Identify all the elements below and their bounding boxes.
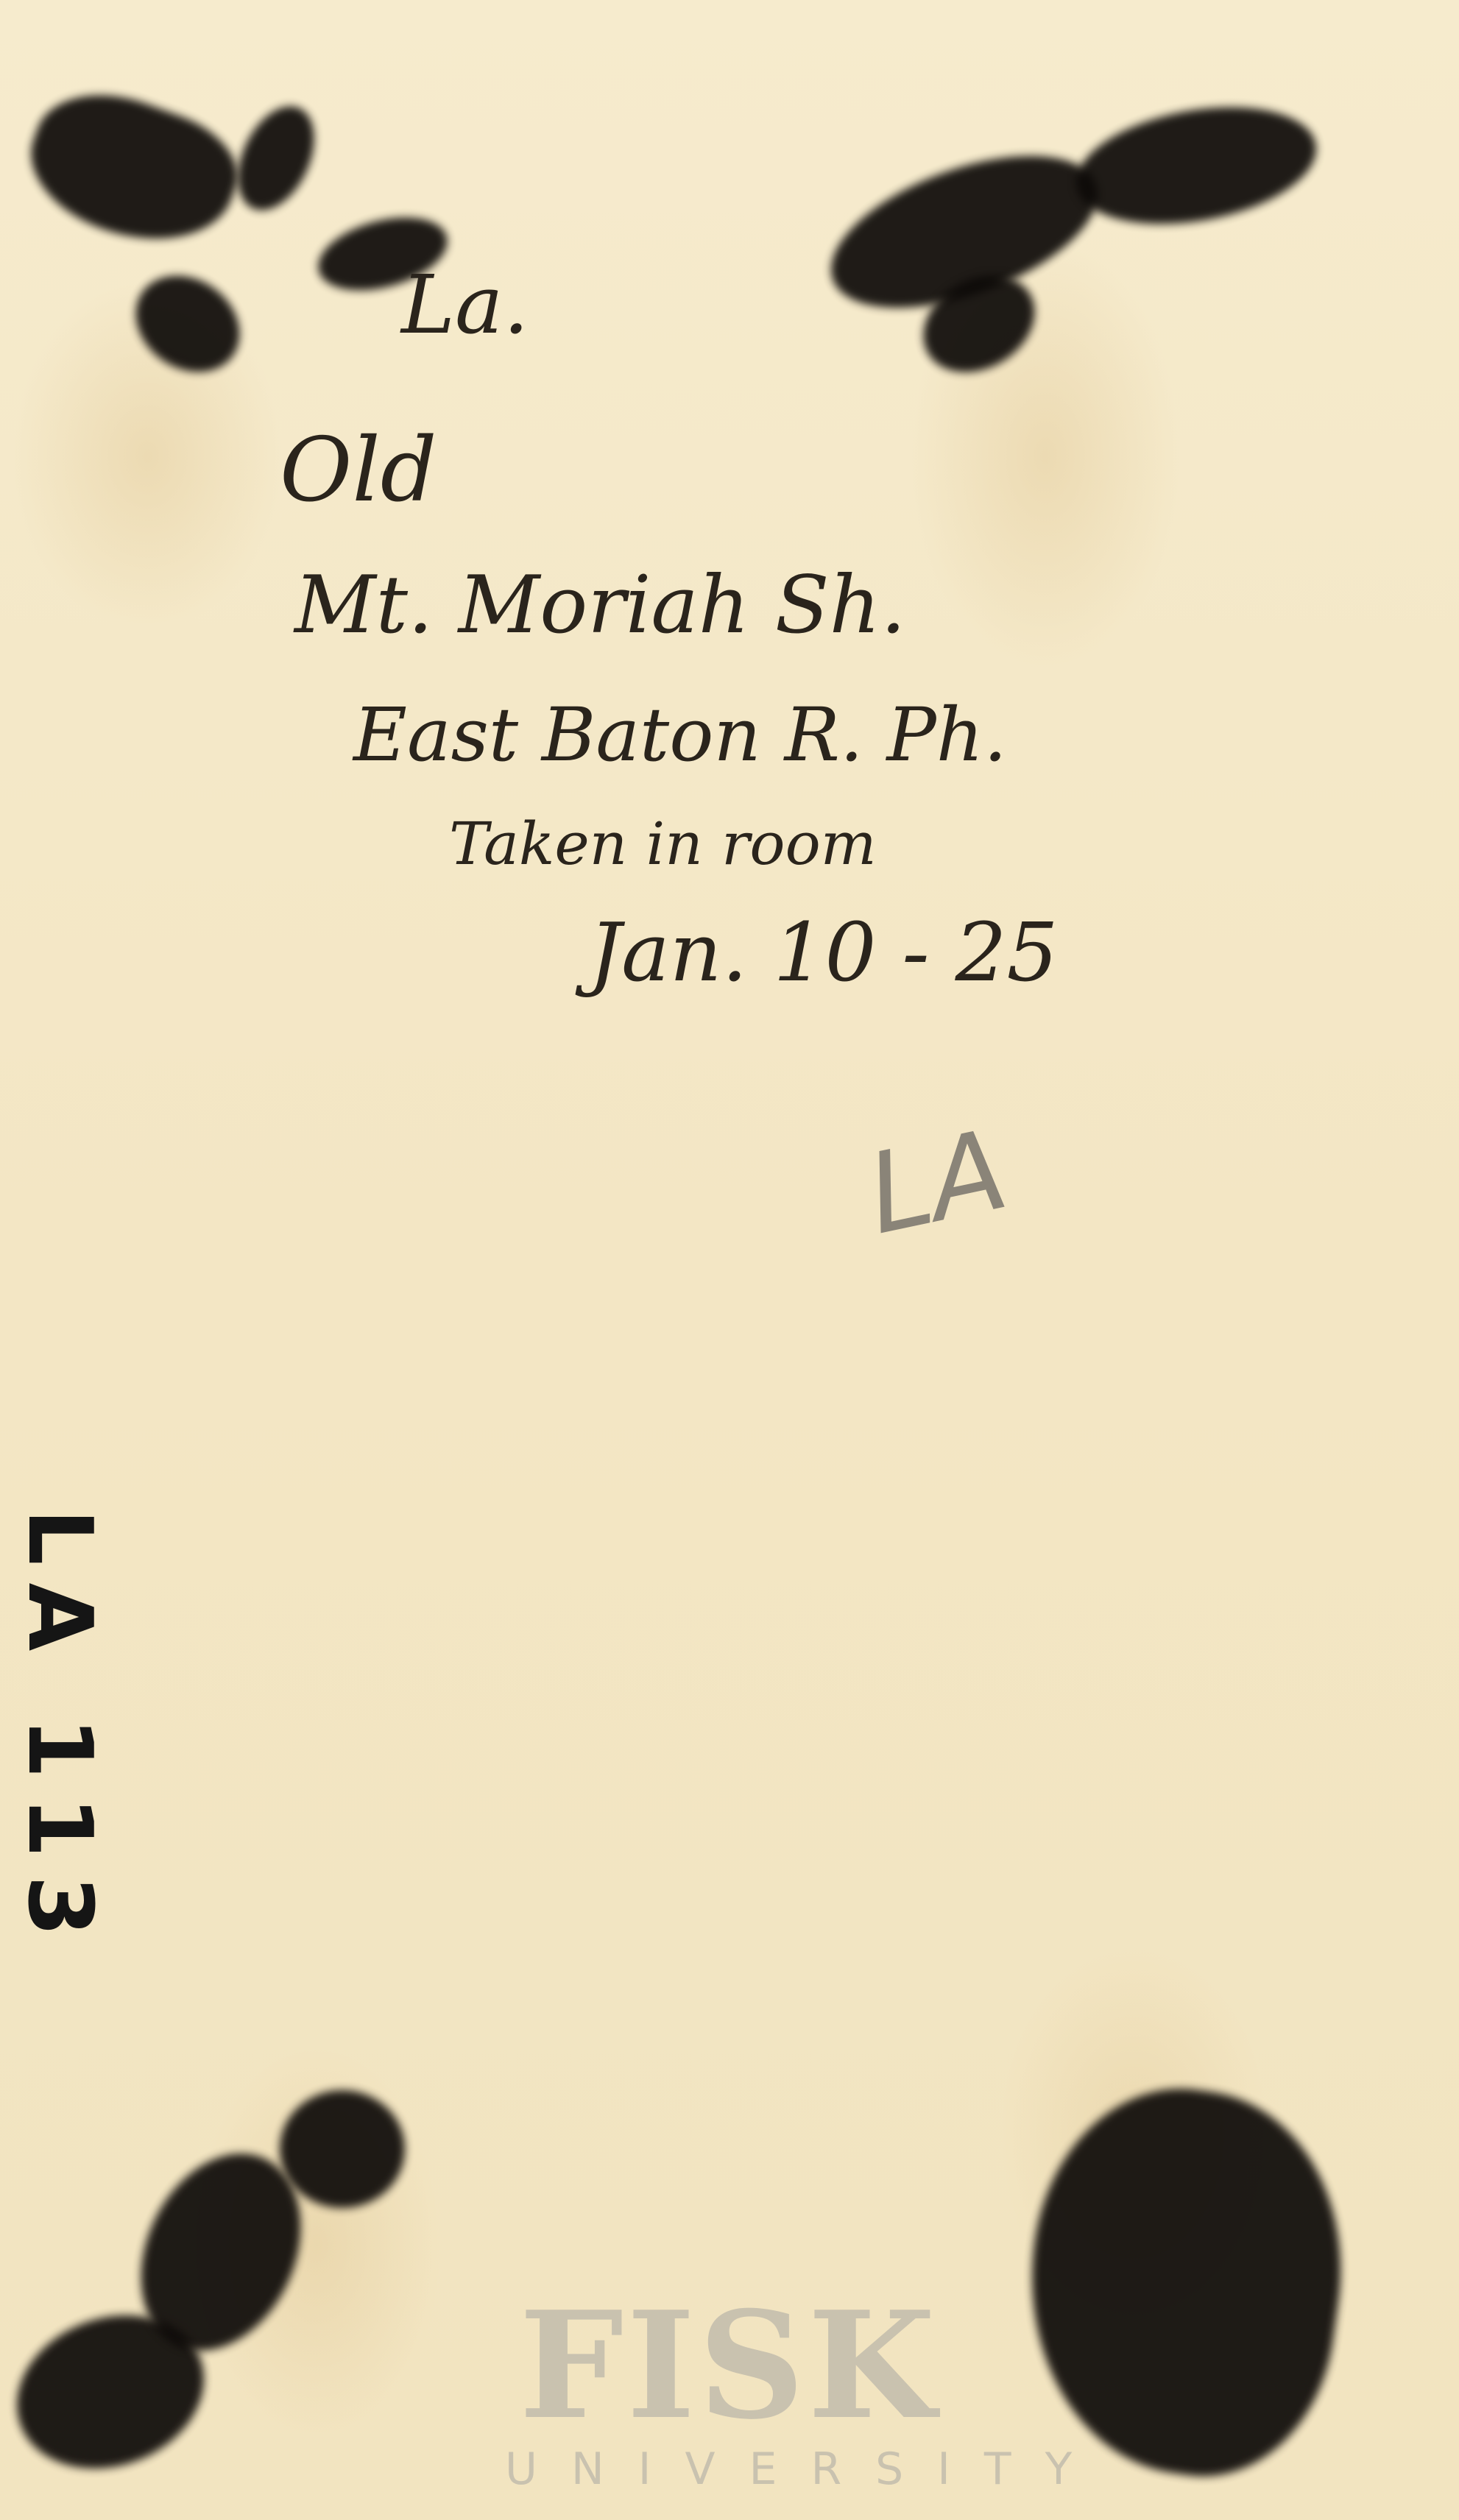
watermark-subtitle: UNIVERSITY	[471, 2443, 986, 2495]
catalog-stamp: LA 113	[8, 1509, 110, 1955]
handwriting-parish: East Baton R. Ph.	[353, 692, 1007, 778]
handwriting-note: Taken in room	[449, 810, 877, 878]
handwriting-church-name: Mt. Moriah Sh.	[294, 559, 906, 651]
watermark-title: FISK	[471, 2296, 986, 2436]
handwriting-state: La.	[401, 258, 529, 352]
fisk-university-watermark: FISK UNIVERSITY	[471, 2296, 986, 2495]
handwriting-date: Jan. 10 - 25	[589, 905, 1059, 999]
handwriting-old: Old	[280, 420, 437, 522]
